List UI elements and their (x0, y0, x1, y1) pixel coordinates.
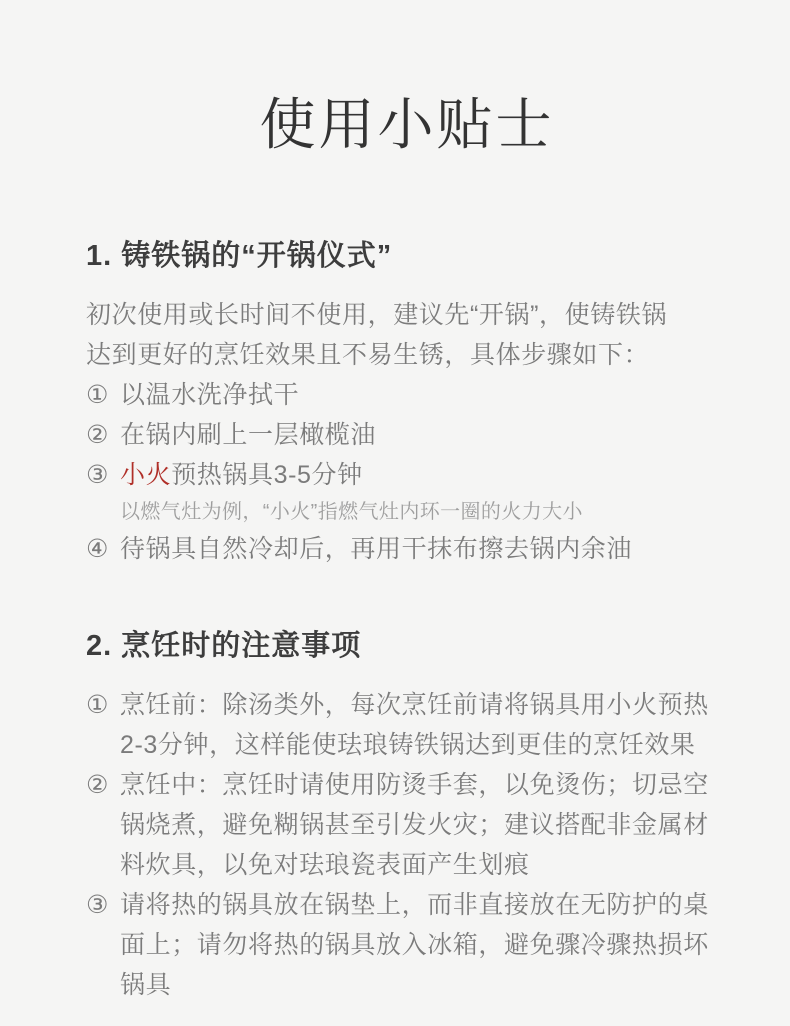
section-1-intro: 初次使用或长时间不使用，建议先“开锅”，使铸铁锅 达到更好的烹饪效果且不易生锈，… (86, 295, 728, 375)
section-cooking-precautions: 2. 烹饪时的注意事项 ① 烹饪前：除汤类外，每次烹饪前请将锅具用小火预热 2-… (86, 632, 728, 1005)
section-2-list: ① 烹饪前：除汤类外，每次烹饪前请将锅具用小火预热 2-3分钟，这样能使珐琅铸铁… (86, 685, 728, 1005)
list-item: ③ 小火预热锅具3-5分钟以燃气灶为例，“小火”指燃气灶内环一圈的火力大小 (86, 455, 728, 529)
item-text: 请将热的锅具放在锅垫上，而非直接放在无防护的桌 面上；请勿将热的锅具放入冰箱，避… (120, 885, 728, 1005)
item-marker: ② (86, 765, 120, 885)
list-item: ① 烹饪前：除汤类外，每次烹饪前请将锅具用小火预热 2-3分钟，这样能使珐琅铸铁… (86, 685, 728, 765)
item-text: 烹饪前：除汤类外，每次烹饪前请将锅具用小火预热 2-3分钟，这样能使珐琅铸铁锅达… (120, 685, 728, 765)
item-text: 烹饪中：烹饪时请使用防烫手套，以免烫伤；切忌空 锅烧煮，避免糊锅甚至引发火灾；建… (120, 765, 728, 885)
section-2-heading: 2. 烹饪时的注意事项 (86, 632, 728, 661)
item-text-rest: 预热锅具3-5分钟 (171, 461, 363, 489)
list-item: ③ 请将热的锅具放在锅垫上，而非直接放在无防护的桌 面上；请勿将热的锅具放入冰箱… (86, 885, 728, 1005)
page-title: 使用小贴士 (86, 0, 728, 153)
item-text: 在锅内刷上一层橄榄油 (120, 415, 728, 455)
list-item: ① 以温水洗净拭干 (86, 375, 728, 415)
section-1-list: ① 以温水洗净拭干 ② 在锅内刷上一层橄榄油 ③ 小火预热锅具3-5分钟以燃气灶… (86, 375, 728, 569)
item-text-highlight: 小火 (120, 461, 171, 489)
section-1-heading: 1. 铸铁锅的“开锅仪式” (86, 242, 728, 271)
list-item: ② 在锅内刷上一层橄榄油 (86, 415, 728, 455)
list-item: ④ 待锅具自然冷却后，再用干抹布擦去锅内余油 (86, 529, 728, 569)
item-text: 以温水洗净拭干 (120, 375, 728, 415)
item-text: 小火预热锅具3-5分钟以燃气灶为例，“小火”指燃气灶内环一圈的火力大小 (120, 455, 728, 529)
item-marker: ① (86, 375, 120, 415)
item-marker: ① (86, 685, 120, 765)
item-text: 待锅具自然冷却后，再用干抹布擦去锅内余油 (120, 529, 728, 569)
list-item: ② 烹饪中：烹饪时请使用防烫手套，以免烫伤；切忌空 锅烧煮，避免糊锅甚至引发火灾… (86, 765, 728, 885)
item-marker: ③ (86, 455, 120, 529)
item-marker: ③ (86, 885, 120, 1005)
item-marker: ④ (86, 529, 120, 569)
item-marker: ② (86, 415, 120, 455)
tips-page: 使用小贴士 1. 铸铁锅的“开锅仪式” 初次使用或长时间不使用，建议先“开锅”，… (0, 0, 790, 1026)
section-seasoning: 1. 铸铁锅的“开锅仪式” 初次使用或长时间不使用，建议先“开锅”，使铸铁锅 达… (86, 242, 728, 569)
item-note: 以燃气灶为例，“小火”指燃气灶内环一圈的火力大小 (120, 495, 728, 529)
